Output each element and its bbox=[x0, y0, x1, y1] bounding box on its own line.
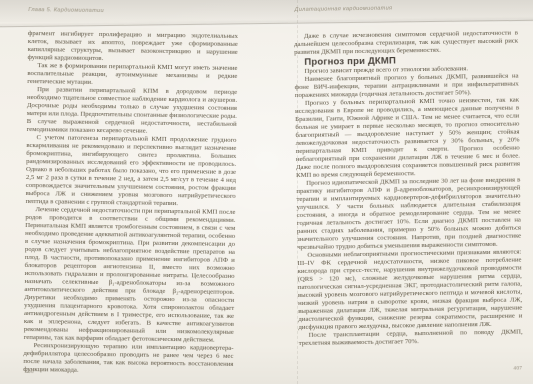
paragraph: фрагмент ингибирует пролиферацию и мигра… bbox=[28, 30, 238, 65]
paragraph: После трансплантации сердца, выполненной… bbox=[299, 328, 523, 348]
paragraph: Ресинхронизирующую терапию или имплантац… bbox=[23, 342, 233, 377]
running-head-right: Дилатационная кардиомиопатия bbox=[294, 5, 392, 13]
running-head-left: Глава 5. Кардиомиопатии bbox=[28, 7, 104, 14]
left-body-text: фрагмент ингибирует пролиферацию и мигра… bbox=[23, 30, 238, 377]
right-body-text: Даже в случае исчезновения симптомов сер… bbox=[294, 30, 523, 348]
paragraph: Так же в формировании перипартальной КМП… bbox=[27, 62, 237, 89]
paragraph: При развитии перипартальной КПМ в дородо… bbox=[27, 86, 238, 137]
page-number-left: 406 bbox=[25, 369, 34, 375]
left-page: Глава 5. Кардиомиопатии фрагмент ингибир… bbox=[0, 0, 266, 384]
paragraph: Наименее благоприятный прогноз у больных… bbox=[295, 73, 519, 101]
right-page: Дилатационная кардиомиопатия Даже в случ… bbox=[266, 0, 533, 384]
paragraph: Прогноз у больных перипартальной КМП точ… bbox=[295, 97, 520, 181]
paragraph: Лечение сердечной недостаточности при пе… bbox=[24, 206, 236, 345]
page-number-right: 407 bbox=[513, 365, 522, 371]
paragraph: Прогноз идиопатической ДКМП за последние… bbox=[296, 176, 521, 252]
paragraph: Даже в случае исчезновения симптомов сер… bbox=[294, 30, 518, 58]
paragraph: Основными неблагоприятными прогностическ… bbox=[297, 248, 522, 332]
right-page-content: Дилатационная кардиомиопатия Даже в случ… bbox=[265, 0, 533, 384]
paragraph: С учетом патогенеза перипартальной КМП п… bbox=[26, 134, 237, 209]
book-scan-photo: Глава 5. Кардиомиопатии фрагмент ингибир… bbox=[0, 0, 533, 384]
left-page-content: Глава 5. Кардиомиопатии фрагмент ингибир… bbox=[0, 0, 266, 384]
